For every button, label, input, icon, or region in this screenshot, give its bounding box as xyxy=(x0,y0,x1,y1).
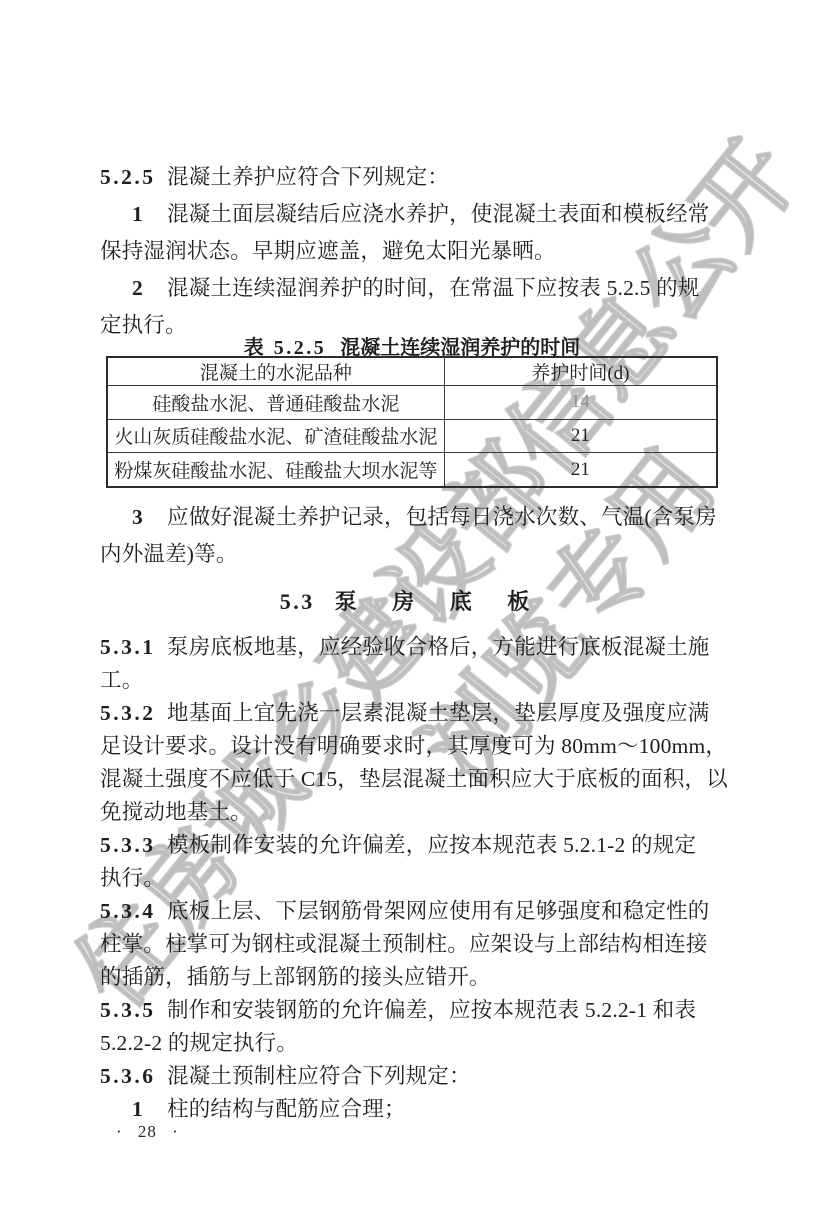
clause-number: 5.3.6 xyxy=(100,1064,167,1088)
clause-5-3-2-line: 5.3.2地基面上宜先浇一层素混凝土垫层，垫层厚度及强度应满 xyxy=(100,701,710,725)
clause-number: 5.3.1 xyxy=(100,635,167,659)
clause-text: 底板上层、下层钢筋骨架网应使用有足够强度和稳定性的 xyxy=(167,899,710,923)
text-line: 执行。 xyxy=(100,866,165,890)
text-line: 5.2.2-2 的规定执行。 xyxy=(100,1031,298,1055)
item-number: 3 xyxy=(132,505,167,529)
body-text: 保持湿润状态。早期应遮盖，避免太阳光暴晒。 xyxy=(100,239,556,263)
table-row: 火山灰质硅酸盐水泥、矿渣硅酸盐水泥 21 xyxy=(107,419,717,453)
text-line: 免搅动地基土。 xyxy=(100,800,252,824)
clause-text: 混凝土预制柱应符合下列规定： xyxy=(167,1064,471,1088)
body-text: 柱掌。柱掌可为钢柱或混凝土预制柱。应架设与上部结构相连接 xyxy=(100,932,708,956)
page-number: · 28 · xyxy=(116,1122,179,1142)
item-text: 混凝土面层凝结后应浇水养护，使混凝土表面和模板经常 xyxy=(167,202,710,226)
body-text: 执行。 xyxy=(100,866,165,890)
clause-number: 5.3.5 xyxy=(100,998,167,1022)
clause-5-3-4-line: 5.3.4底板上层、下层钢筋骨架网应使用有足够强度和稳定性的 xyxy=(100,899,710,923)
text-line: 保持湿润状态。早期应遮盖，避免太阳光暴晒。 xyxy=(100,239,556,263)
clause-item-line: 1柱的结构与配筋应合理； xyxy=(100,1097,406,1121)
clause-text: 制作和安装钢筋的允许偏差，应按本规范表 5.2.2-1 和表 xyxy=(167,998,696,1022)
clause-number: 5.2.5 xyxy=(100,165,167,189)
body-text: 免搅动地基土。 xyxy=(100,800,252,824)
clause-5-3-5-line: 5.3.5制作和安装钢筋的允许偏差，应按本规范表 5.2.2-1 和表 xyxy=(100,998,696,1022)
clause-5-3-6-line: 5.3.6混凝土预制柱应符合下列规定： xyxy=(100,1064,471,1088)
clause-item-line: 3应做好混凝土养护记录，包括每日浇水次数、气温(含泵房 xyxy=(100,505,717,529)
cell-cement: 硅酸盐水泥、普通硅酸盐水泥 xyxy=(107,386,444,420)
cell-days: 21 xyxy=(444,419,717,453)
document-page: 住房城乡建设部信息公开 浏览专用 5.2.5混凝土养护应符合下列规定： 1混凝土… xyxy=(0,0,824,1216)
column-header-days: 养护时间(d) xyxy=(444,357,717,386)
item-text: 应做好混凝土养护记录，包括每日浇水次数、气温(含泵房 xyxy=(167,505,717,529)
clause-5-3-1-line: 5.3.1泵房底板地基，应经验收合格后，方能进行底板混凝土施 xyxy=(100,635,710,659)
clause-5-3-3-line: 5.3.3模板制作安装的允许偏差，应按本规范表 5.2.1-2 的规定 xyxy=(100,833,696,857)
clause-text: 混凝土养护应符合下列规定： xyxy=(167,165,449,189)
clause-text: 模板制作安装的允许偏差，应按本规范表 5.2.1-2 的规定 xyxy=(167,833,696,857)
body-text: 足设计要求。设计没有明确要求时，其厚度可为 80mm～100mm， xyxy=(100,734,727,758)
text-line: 足设计要求。设计没有明确要求时，其厚度可为 80mm～100mm， xyxy=(100,734,727,758)
clause-number: 5.3.4 xyxy=(100,899,167,923)
table-row: 粉煤灰硅酸盐水泥、硅酸盐大坝水泥等 21 xyxy=(107,453,717,487)
cell-cement: 火山灰质硅酸盐水泥、矿渣硅酸盐水泥 xyxy=(107,419,444,453)
clause-item-line: 2混凝土连续湿润养护的时间，在常温下应按表 5.2.5 的规 xyxy=(100,276,700,300)
table-row: 硅酸盐水泥、普通硅酸盐水泥 14 xyxy=(107,386,717,420)
cell-days: 21 xyxy=(444,453,717,487)
text-line: 的插筋，插筋与上部钢筋的接头应错开。 xyxy=(100,965,491,989)
body-text: 混凝土强度不应低于 C15，垫层混凝土面积应大于底板的面积，以 xyxy=(100,767,728,791)
clause-text: 泵房底板地基，应经验收合格后，方能进行底板混凝土施 xyxy=(167,635,710,659)
clause-item-line: 1混凝土面层凝结后应浇水养护，使混凝土表面和模板经常 xyxy=(100,202,710,226)
table-header-row: 混凝土的水泥品种 养护时间(d) xyxy=(107,357,717,386)
body-text: 5.2.2-2 的规定执行。 xyxy=(100,1031,298,1055)
body-text: 工。 xyxy=(100,668,143,692)
text-line: 工。 xyxy=(100,668,143,692)
cell-cement: 粉煤灰硅酸盐水泥、硅酸盐大坝水泥等 xyxy=(107,453,444,487)
item-text: 柱的结构与配筋应合理； xyxy=(167,1097,406,1121)
section-number: 5.3 xyxy=(280,589,315,614)
clause-number: 5.3.2 xyxy=(100,701,167,725)
clause-text: 地基面上宜先浇一层素混凝土垫层，垫层厚度及强度应满 xyxy=(167,701,710,725)
item-number: 1 xyxy=(132,1097,167,1121)
item-number: 1 xyxy=(132,202,167,226)
section-heading-5-3: 5.3泵 房 底 板 xyxy=(0,585,824,616)
curing-time-table: 混凝土的水泥品种 养护时间(d) 硅酸盐水泥、普通硅酸盐水泥 14 火山灰质硅酸… xyxy=(106,356,718,488)
text-line: 柱掌。柱掌可为钢柱或混凝土预制柱。应架设与上部结构相连接 xyxy=(100,932,708,956)
text-line: 内外温差)等。 xyxy=(100,542,238,566)
body-text: 内外温差)等。 xyxy=(100,542,238,566)
clause-number: 5.3.3 xyxy=(100,833,167,857)
text-line: 混凝土强度不应低于 C15，垫层混凝土面积应大于底板的面积，以 xyxy=(100,767,728,791)
item-text: 混凝土连续湿润养护的时间，在常温下应按表 5.2.5 的规 xyxy=(167,276,700,300)
body-text: 的插筋，插筋与上部钢筋的接头应错开。 xyxy=(100,965,491,989)
cell-days: 14 xyxy=(444,386,717,420)
column-header-cement: 混凝土的水泥品种 xyxy=(107,357,444,386)
item-number: 2 xyxy=(132,276,167,300)
section-title: 泵 房 底 板 xyxy=(335,589,545,614)
clause-5-2-5-line: 5.2.5混凝土养护应符合下列规定： xyxy=(100,165,449,189)
